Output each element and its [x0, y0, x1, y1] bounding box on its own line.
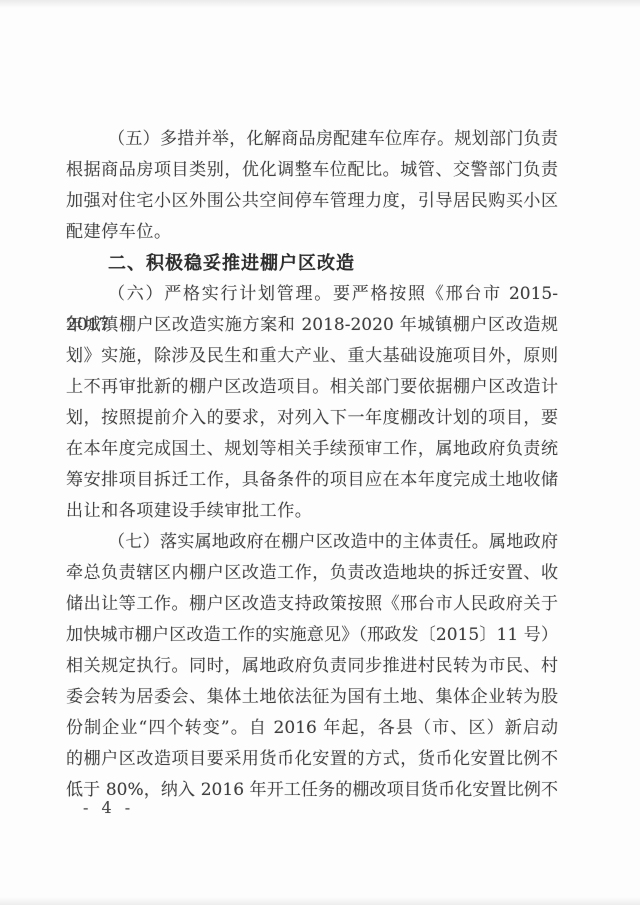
text-line: 出让和各项建设手续审批工作。	[66, 496, 558, 527]
text-line: 的棚户区改造项目要采用货币化安置的方式，货币化安置比例不	[66, 744, 558, 775]
text-line: 划》实施，除涉及民生和重大产业、重大基础设施项目外，原则	[66, 341, 558, 372]
text-line: 加快城市棚户区改造工作的实施意见》（邢政发〔2015〕11 号）	[66, 620, 558, 651]
text-line: 牵总负责辖区内棚户区改造工作，负责改造地块的拆迁安置、收	[66, 558, 558, 589]
text-line: 加强对住宅小区外围公共空间停车管理力度，引导居民购买小区	[66, 186, 558, 217]
text-line: 份制企业“四个转变”。自 2016 年起，各县（市、区）新启动	[66, 713, 558, 744]
text-line: 筹安排项目拆迁工作，具备条件的项目应在本年度完成土地收储	[66, 465, 558, 496]
text-line: （六）严格实行计划管理。要严格按照《邢台市 2015-2017	[66, 279, 558, 310]
text-line: 储出让等工作。棚户区改造支持政策按照《邢台市人民政府关于	[66, 589, 558, 620]
text-line: 配建停车位。	[66, 217, 558, 248]
text-line: 根据商品房项目类别，优化调整车位配比。城管、交警部门负责	[66, 155, 558, 186]
scan-edge-bottom	[0, 897, 640, 905]
section-heading: 二、积极稳妥推进棚户区改造	[66, 248, 558, 279]
text-line: 低于 80%，纳入 2016 年开工任务的棚改项目货币化安置比例不	[66, 775, 558, 806]
document-text-block: （五）多措并举，化解商品房配建车位库存。规划部门负责 根据商品房项目类别，优化调…	[66, 124, 558, 806]
text-line: 在本年度完成国土、规划等相关手续预审工作，属地政府负责统	[66, 434, 558, 465]
text-line: 相关规定执行。同时，属地政府负责同步推进村民转为市民、村	[66, 651, 558, 682]
text-line: （七）落实属地政府在棚户区改造中的主体责任。属地政府	[66, 527, 558, 558]
text-line: 划，按照提前介入的要求，对列入下一年度棚改计划的项目，要	[66, 403, 558, 434]
text-line: 上不再审批新的棚户区改造项目。相关部门要依据棚户区改造计	[66, 372, 558, 403]
text-line: （五）多措并举，化解商品房配建车位库存。规划部门负责	[66, 124, 558, 155]
text-line: 委会转为居委会、集体土地依法征为国有土地、集体企业转为股	[66, 682, 558, 713]
scan-edge-top	[0, 0, 640, 8]
document-page: （五）多措并举，化解商品房配建车位库存。规划部门负责 根据商品房项目类别，优化调…	[0, 0, 640, 905]
page-number: - 4 -	[83, 798, 134, 817]
text-line: 年城镇棚户区改造实施方案和 2018-2020 年城镇棚户区改造规	[66, 310, 558, 341]
